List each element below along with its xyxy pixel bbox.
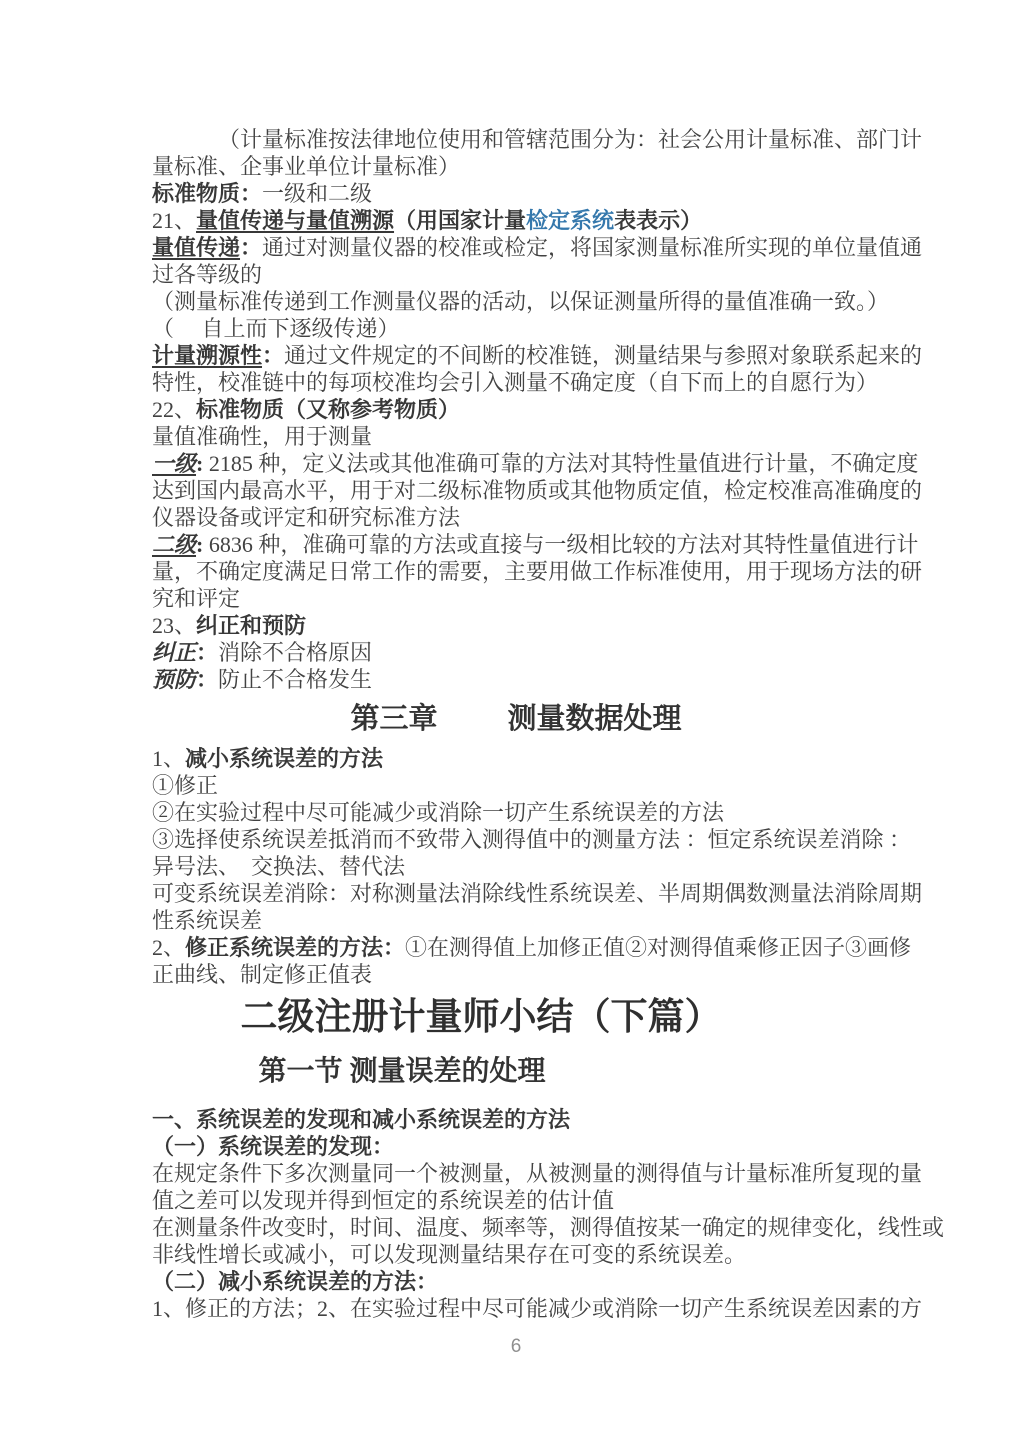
colon: : bbox=[196, 532, 209, 557]
colon: ： bbox=[262, 343, 284, 368]
chapter-heading: 第三章测量数据处理 bbox=[152, 699, 880, 739]
body-text: 特性，校准链中的每项校准均会引入测量不确定度（自下而上的自愿行为） bbox=[152, 370, 878, 395]
text-line: （二）减小系统误差的方法： bbox=[152, 1268, 880, 1295]
text-line: 特性，校准链中的每项校准均会引入测量不确定度（自下而上的自愿行为） bbox=[152, 369, 880, 396]
body-text: 一级和二级 bbox=[262, 181, 372, 206]
body-text: 性系统误差 bbox=[152, 908, 262, 933]
body-text: 量值准确性，用于测量 bbox=[152, 424, 372, 449]
text-line: 量，不确定度满足日常工作的需要，主要用做工作标准使用，用于现场方法的研 bbox=[152, 558, 880, 585]
subsection-heading: （一）系统误差的发现： bbox=[152, 1134, 394, 1159]
body-text: （测量标准传递到工作测量仪器的活动，以保证测量所得的量值准确一致。） bbox=[152, 289, 889, 314]
body-text: 究和评定 bbox=[152, 586, 240, 611]
text-line-item-21: 21、量值传递与量值溯源（用国家计量检定系统表表示） bbox=[152, 207, 880, 234]
body-text: 防止不合格发生 bbox=[218, 667, 372, 692]
body-text: 通过对测量仪器的校准或检定，将国家测量标准所实现的单位量值通 bbox=[262, 235, 922, 260]
body-text: ②在实验过程中尽可能减少或消除一切产生系统误差的方法 bbox=[152, 800, 724, 825]
term-liangzhichuandi: 量值传递 bbox=[152, 235, 240, 260]
colon: ： bbox=[196, 667, 218, 692]
text-line: 量值准确性，用于测量 bbox=[152, 423, 880, 450]
text-line: 在规定条件下多次测量同一个被测量，从被测量的测得值与计量标准所复现的量 bbox=[152, 1160, 880, 1187]
text-line: （ 自上而下逐级传递） bbox=[152, 315, 880, 342]
item-number: 1、 bbox=[152, 746, 185, 771]
item-number: 22、 bbox=[152, 397, 196, 422]
body-text: 过各等级的 bbox=[152, 262, 262, 287]
body-text: 1、修正的方法；2、在实验过程中尽可能减少或消除一切产生系统误差因素的方 bbox=[152, 1296, 922, 1321]
text-line: 究和评定 bbox=[152, 585, 880, 612]
colon: ： bbox=[196, 640, 218, 665]
text-line: 仪器设备或评定和研究标准方法 bbox=[152, 504, 880, 531]
text-line: 量值传递：通过对测量仪器的校准或检定，将国家测量标准所实现的单位量值通 bbox=[152, 234, 880, 261]
text-line: 纠正：消除不合格原因 bbox=[152, 639, 880, 666]
text-line: ①修正 bbox=[152, 772, 880, 799]
body-text: 正曲线、制定修正值表 bbox=[152, 962, 372, 987]
term-yiji: 一级 bbox=[152, 451, 196, 476]
term-erji: 二级 bbox=[152, 532, 196, 557]
subsection-heading: 一、系统误差的发现和减小系统误差的方法 bbox=[152, 1107, 570, 1132]
text-line-item-22: 22、标准物质（又称参考物质） bbox=[152, 396, 880, 423]
text-line: 计量溯源性：通过文件规定的不间断的校准链，测量结果与参照对象联系起来的 bbox=[152, 342, 880, 369]
body-text: 2185 种，定义法或其他准确可靠的方法对其特性量值进行计量，不确定度 bbox=[209, 451, 919, 476]
term-biaozhunwuzhi-heading: 标准物质（又称参考物质） bbox=[196, 397, 460, 422]
colon: ： bbox=[240, 235, 262, 260]
text-line: 异号法、 交换法、替代法 bbox=[152, 853, 880, 880]
body-text: 在规定条件下多次测量同一个被测量，从被测量的测得值与计量标准所复现的量 bbox=[152, 1161, 922, 1186]
text-line: ③选择使系统误差抵消而不致带入测得值中的测量方法 ：恒定系统误差消除 ： bbox=[152, 826, 880, 853]
page-number: 6 bbox=[152, 1336, 880, 1358]
term-jianxiao-wucha: 减小系统误差的方法 bbox=[185, 746, 383, 771]
text-line: 可变系统误差消除：对称测量法消除线性系统误差、半周期偶数测量法消除周期 bbox=[152, 880, 880, 907]
body-text: 仪器设备或评定和研究标准方法 bbox=[152, 505, 460, 530]
text-line: 过各等级的 bbox=[152, 261, 880, 288]
text-line-item-2: 2、修正系统误差的方法：①在测得值上加修正值②对测得值乘修正因子③画修 bbox=[152, 934, 880, 961]
section-heading: 第一节 测量误差的处理 bbox=[152, 1052, 652, 1092]
term-jiuzheng: 纠正 bbox=[152, 640, 196, 665]
body-text: 异号法、 交换法、替代法 bbox=[152, 854, 405, 879]
text-line: 一级: 2185 种，定义法或其他准确可靠的方法对其特性量值进行计量，不确定度 bbox=[152, 450, 880, 477]
text-line: （一）系统误差的发现： bbox=[152, 1133, 880, 1160]
text-line: 达到国内最高水平，用于对二级标准物质或其他物质定值，检定校准高准确度的 bbox=[152, 477, 880, 504]
body-text: ①在测得值上加修正值②对测得值乘修正因子③画修 bbox=[405, 935, 911, 960]
term-biaozhunwuzhi: 标准物质： bbox=[152, 181, 262, 206]
term-xiuzheng-wucha: 修正系统误差的方法： bbox=[185, 935, 405, 960]
body-text: 值之差可以发现并得到恒定的系统误差的估计值 bbox=[152, 1188, 614, 1213]
body-text: 量标准、企事业单位计量标准） bbox=[152, 154, 460, 179]
text-line: 在测量条件改变时，时间、温度、频率等，测得值按某一确定的规律变化，线性或 bbox=[152, 1214, 880, 1241]
text-line: 预防：防止不合格发生 bbox=[152, 666, 880, 693]
text-line: 性系统误差 bbox=[152, 907, 880, 934]
body-text: （计量标准按法律地位使用和管辖范围分为：社会公用计量标准、部门计 bbox=[218, 127, 922, 152]
colon: : bbox=[196, 451, 209, 476]
text-line: 标准物质：一级和二级 bbox=[152, 180, 880, 207]
body-text: （用国家计量 bbox=[394, 208, 526, 233]
text-line-item-23: 23、纠正和预防 bbox=[152, 612, 880, 639]
body-text: 在测量条件改变时，时间、温度、频率等，测得值按某一确定的规律变化，线性或 bbox=[152, 1215, 944, 1240]
text-line: 正曲线、制定修正值表 bbox=[152, 961, 880, 988]
text-line: ②在实验过程中尽可能减少或消除一切产生系统误差的方法 bbox=[152, 799, 880, 826]
jianding-xitong-link[interactable]: 检定系统 bbox=[526, 208, 614, 233]
body-text: 表表示） bbox=[614, 208, 702, 233]
body-text: 通过文件规定的不间断的校准链，测量结果与参照对象联系起来的 bbox=[284, 343, 922, 368]
body-text: （ 自上而下逐级传递） bbox=[152, 316, 400, 341]
body-text: 达到国内最高水平，用于对二级标准物质或其他物质定值，检定校准高准确度的 bbox=[152, 478, 922, 503]
term-yufang: 预防 bbox=[152, 667, 196, 692]
text-line: （测量标准传递到工作测量仪器的活动，以保证测量所得的量值准确一致。） bbox=[152, 288, 880, 315]
text-line: 一、系统误差的发现和减小系统误差的方法 bbox=[152, 1106, 880, 1133]
text-line: 量标准、企事业单位计量标准） bbox=[152, 153, 880, 180]
term-jiliang-suyuanxing: 计量溯源性 bbox=[152, 343, 262, 368]
text-line: 二级: 6836 种，准确可靠的方法或直接与一级相比较的方法对其特性量值进行计 bbox=[152, 531, 880, 558]
item-number: 23、 bbox=[152, 613, 196, 638]
term-liangzhichuandi-suyuan: 量值传递与量值溯源 bbox=[196, 208, 394, 233]
body-text: 非线性增长或减小，可以发现测量结果存在可变的系统误差。 bbox=[152, 1242, 746, 1267]
body-text: 6836 种，准确可靠的方法或直接与一级相比较的方法对其特性量值进行计 bbox=[209, 532, 919, 557]
text-line-item-1: 1、减小系统误差的方法 bbox=[152, 745, 880, 772]
text-line: 1、修正的方法；2、在实验过程中尽可能减少或消除一切产生系统误差因素的方 bbox=[152, 1295, 880, 1322]
chapter-title: 测量数据处理 bbox=[508, 703, 682, 735]
text-line: 值之差可以发现并得到恒定的系统误差的估计值 bbox=[152, 1187, 880, 1214]
chapter-number: 第三章 bbox=[350, 703, 437, 735]
text-line: （计量标准按法律地位使用和管辖范围分为：社会公用计量标准、部门计 bbox=[152, 126, 880, 153]
document-title: 二级注册计量师小结（下篇） bbox=[152, 992, 810, 1044]
body-text: ①修正 bbox=[152, 773, 218, 798]
body-text: 可变系统误差消除：对称测量法消除线性系统误差、半周期偶数测量法消除周期 bbox=[152, 881, 922, 906]
body-text: ③选择使系统误差抵消而不致带入测得值中的测量方法 ：恒定系统误差消除 ： bbox=[152, 827, 911, 852]
item-number: 2、 bbox=[152, 935, 185, 960]
body-text: 消除不合格原因 bbox=[218, 640, 372, 665]
term-jiuzheng-yufang-heading: 纠正和预防 bbox=[196, 613, 306, 638]
item-number: 21、 bbox=[152, 208, 196, 233]
document-page: （计量标准按法律地位使用和管辖范围分为：社会公用计量标准、部门计 量标准、企事业… bbox=[0, 0, 1017, 1438]
subsection-heading: （二）减小系统误差的方法： bbox=[152, 1269, 438, 1294]
text-line: 非线性增长或减小，可以发现测量结果存在可变的系统误差。 bbox=[152, 1241, 880, 1268]
body-text: 量，不确定度满足日常工作的需要，主要用做工作标准使用，用于现场方法的研 bbox=[152, 559, 922, 584]
